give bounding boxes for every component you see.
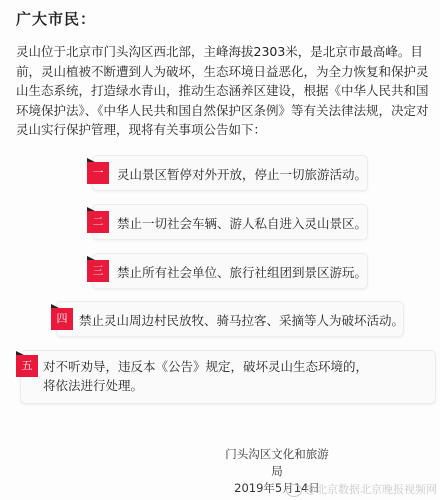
notice-item-text: 灵山景区暂停对外开放，停止一切旅游活动。: [117, 165, 367, 183]
intro-paragraph: 灵山位于北京市门头沟区西北部，主峰海拔2303米，是北京市最高峰。目前，灵山植被…: [16, 42, 436, 140]
watermark-text: @北京数据北京晚报视频网: [305, 483, 437, 496]
watermark: @北京数据北京晚报视频网: [286, 481, 437, 497]
number-badge: 二: [87, 211, 109, 233]
signature-org: 门头沟区文化和旅游局: [222, 446, 332, 480]
number-badge: 一: [87, 162, 109, 184]
notice-item-text: 禁止灵山周边村民放牧、骑马拉客、采摘等人为破坏活动。: [79, 311, 404, 329]
number-badge: 三: [87, 260, 109, 282]
notice-item-5: 五 对不听劝导，违反本《公告》规定，破坏灵山生态环境的，将依法进行处理。: [20, 350, 436, 404]
notice-item-text: 禁止所有社会单位、旅行社组团到景区游玩。: [117, 263, 367, 281]
number-badge: 四: [51, 308, 73, 330]
notice-item-text: 禁止一切社会车辆、游人私自进入灵山景区。: [117, 214, 367, 232]
notice-item-1: 一 灵山景区暂停对外开放，停止一切旅游活动。: [92, 155, 368, 191]
notice-item-text: 对不听劝导，违反本《公告》规定，破坏灵山生态环境的，将依法进行处理。: [43, 357, 378, 395]
greeting-heading: 广大市民：: [16, 8, 96, 29]
weibo-icon: [286, 484, 302, 497]
notice-item-4: 四 禁止灵山周边村民放牧、骑马拉客、采摘等人为破坏活动。: [56, 301, 404, 337]
number-badge: 五: [16, 355, 38, 377]
notice-item-2: 二 禁止一切社会车辆、游人私自进入灵山景区。: [92, 204, 368, 240]
notice-item-3: 三 禁止所有社会单位、旅行社组团到景区游玩。: [92, 253, 368, 289]
